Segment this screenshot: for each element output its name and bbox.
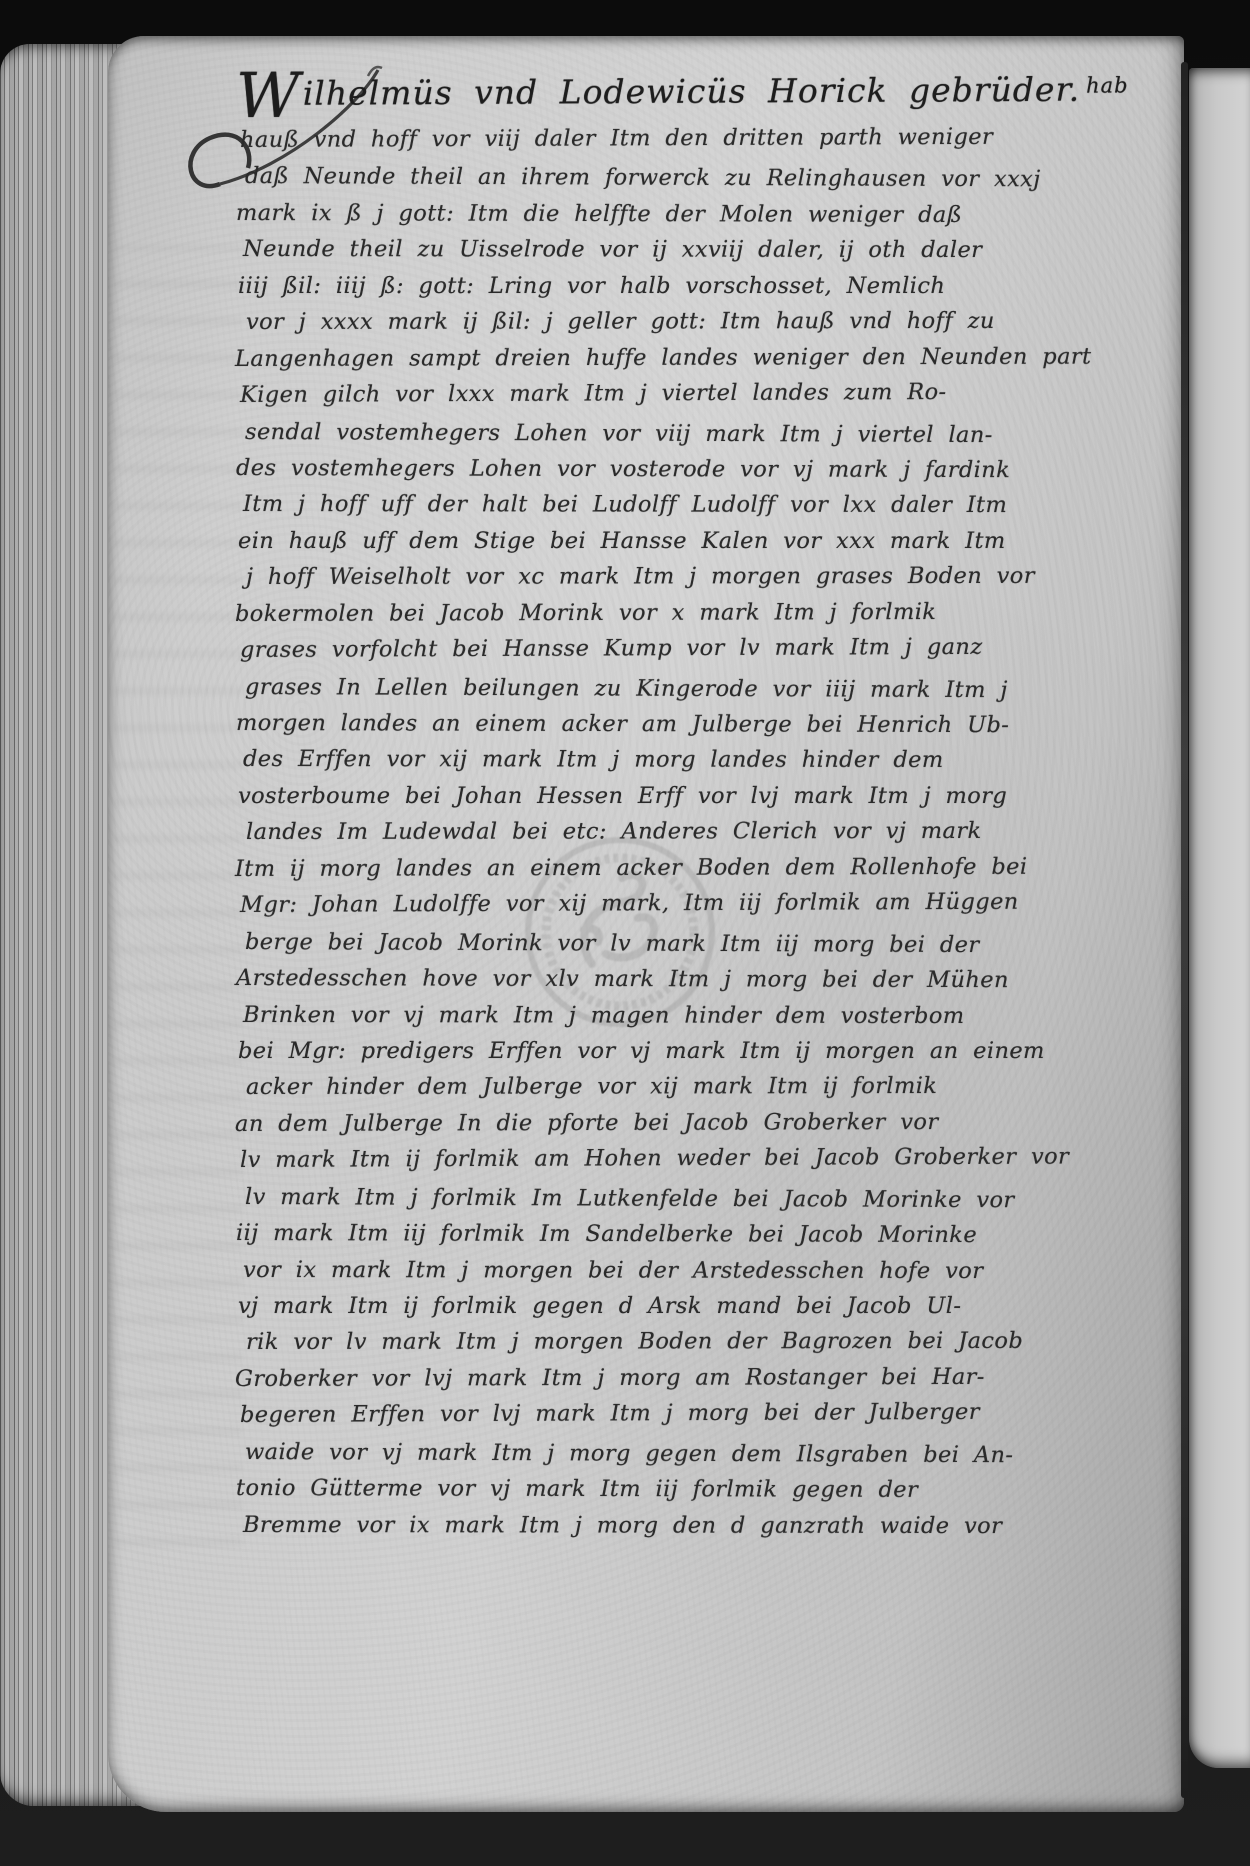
manuscript-line: grases vorfolcht bei Hansse Kump vor lv …	[240, 629, 1020, 669]
manuscript-line: iiij ßil: iiij ß: gott: Lring vor halb v…	[238, 268, 1020, 304]
manuscript-line: des Erffen vor xij mark Itm j morg lande…	[243, 741, 1020, 779]
manuscript-line: lv mark Itm j forlmik Im Lutkenfelde bei…	[245, 1179, 1020, 1219]
manuscript-line: Itm j hoff uff der halt bei Ludolff Ludo…	[243, 486, 1020, 524]
page-heading: Wilhelmüs vnd Lodewicüs Horick gebrüder.…	[236, 70, 1056, 113]
manuscript-line: an dem Julberge In die pforte bei Jacob …	[235, 1104, 1020, 1143]
gutter-shadow	[1181, 62, 1188, 1798]
manuscript-line: tonio Gütterme vor vj mark Itm iij forlm…	[236, 1470, 1020, 1509]
heading-suffix: hab	[1086, 73, 1129, 97]
manuscript-line: hauß vnd hoff vor viij daler Itm den dri…	[240, 119, 1020, 159]
facing-page	[1189, 68, 1250, 1768]
manuscript-line: berge bei Jacob Morink vor lv mark Itm i…	[245, 924, 1020, 964]
manuscript-line: rik vor lv mark Itm j morgen Boden der B…	[246, 1323, 1020, 1361]
manuscript-line: bokermolen bei Jacob Morink vor x mark I…	[235, 593, 1020, 632]
manuscript-line: iij mark Itm iij forlmik Im Sandelberke …	[236, 1215, 1020, 1254]
manuscript-line: Langenhagen sampt dreien huffe landes we…	[235, 338, 1020, 377]
manuscript-line: Mgr: Johan Ludolffe vor xij mark, Itm ii…	[240, 884, 1020, 924]
heading-title: ilhelmüs vnd Lodewicüs Horick gebrüder.	[303, 70, 1081, 113]
manuscript-line: acker hinder dem Julberge vor xij mark I…	[246, 1068, 1020, 1106]
manuscript-line: vosterboume bei Johan Hessen Erff vor lv…	[238, 778, 1020, 814]
manuscript-page: Wilhelmüs vnd Lodewicüs Horick gebrüder.…	[108, 36, 1184, 1812]
manuscript-line: Brinken vor vj mark Itm j magen hinder d…	[243, 997, 1020, 1035]
manuscript-line: j hoff Weiselholt vor xc mark Itm j morg…	[246, 558, 1020, 596]
manuscript-line: lv mark Itm ij forlmik am Hohen weder be…	[240, 1139, 1020, 1179]
manuscript-line: vj mark Itm ij forlmik gegen d Arsk mand…	[238, 1288, 1020, 1324]
manuscript-line: des vostemhegers Lohen vor vosterode vor…	[236, 450, 1020, 489]
manuscript-line: mark ix ß j gott: Itm die helffte der Mo…	[236, 195, 1020, 234]
manuscript-line: daß Neunde theil an ihrem forwerck zu Re…	[245, 158, 1020, 198]
manuscript-line: Itm ij morg landes an einem acker Boden …	[235, 849, 1020, 888]
manuscript-line: Arstedesschen hove vor xlv mark Itm j mo…	[236, 960, 1020, 999]
manuscript-line: Neunde theil zu Uisselrode vor ij xxviij…	[243, 231, 1020, 269]
manuscript-line: sendal vostemhegers Lohen vor viij mark …	[245, 414, 1020, 454]
manuscript-text-block: hauß vnd hoff vor viij daler Itm den dri…	[240, 122, 1020, 1543]
book-photograph: Wilhelmüs vnd Lodewicüs Horick gebrüder.…	[0, 0, 1250, 1866]
manuscript-line: begeren Erffen vor lvj mark Itm j morg b…	[240, 1394, 1020, 1434]
manuscript-line: Bremme vor ix mark Itm j morg den d ganz…	[243, 1507, 1020, 1545]
manuscript-line: waide vor vj mark Itm j morg gegen dem I…	[245, 1434, 1020, 1474]
manuscript-line: Kigen gilch vor lxxx mark Itm j viertel …	[240, 374, 1020, 414]
manuscript-line: Groberker vor lvj mark Itm j morg am Ros…	[235, 1359, 1020, 1398]
manuscript-line: grases In Lellen beilungen zu Kingerode …	[245, 669, 1020, 709]
manuscript-line: vor j xxxx mark ij ßil: j geller gott: I…	[246, 303, 1020, 341]
manuscript-line: morgen landes an einem acker am Julberge…	[236, 705, 1020, 744]
ink-show-through	[114, 246, 242, 1566]
manuscript-line: ein hauß uff dem Stige bei Hansse Kalen …	[238, 523, 1020, 559]
manuscript-line: bei Mgr: predigers Erffen vor vj mark It…	[238, 1033, 1020, 1069]
manuscript-line: vor ix mark Itm j morgen bei der Arstede…	[243, 1252, 1020, 1290]
manuscript-line: landes Im Ludewdal bei etc: Anderes Cler…	[246, 813, 1020, 851]
